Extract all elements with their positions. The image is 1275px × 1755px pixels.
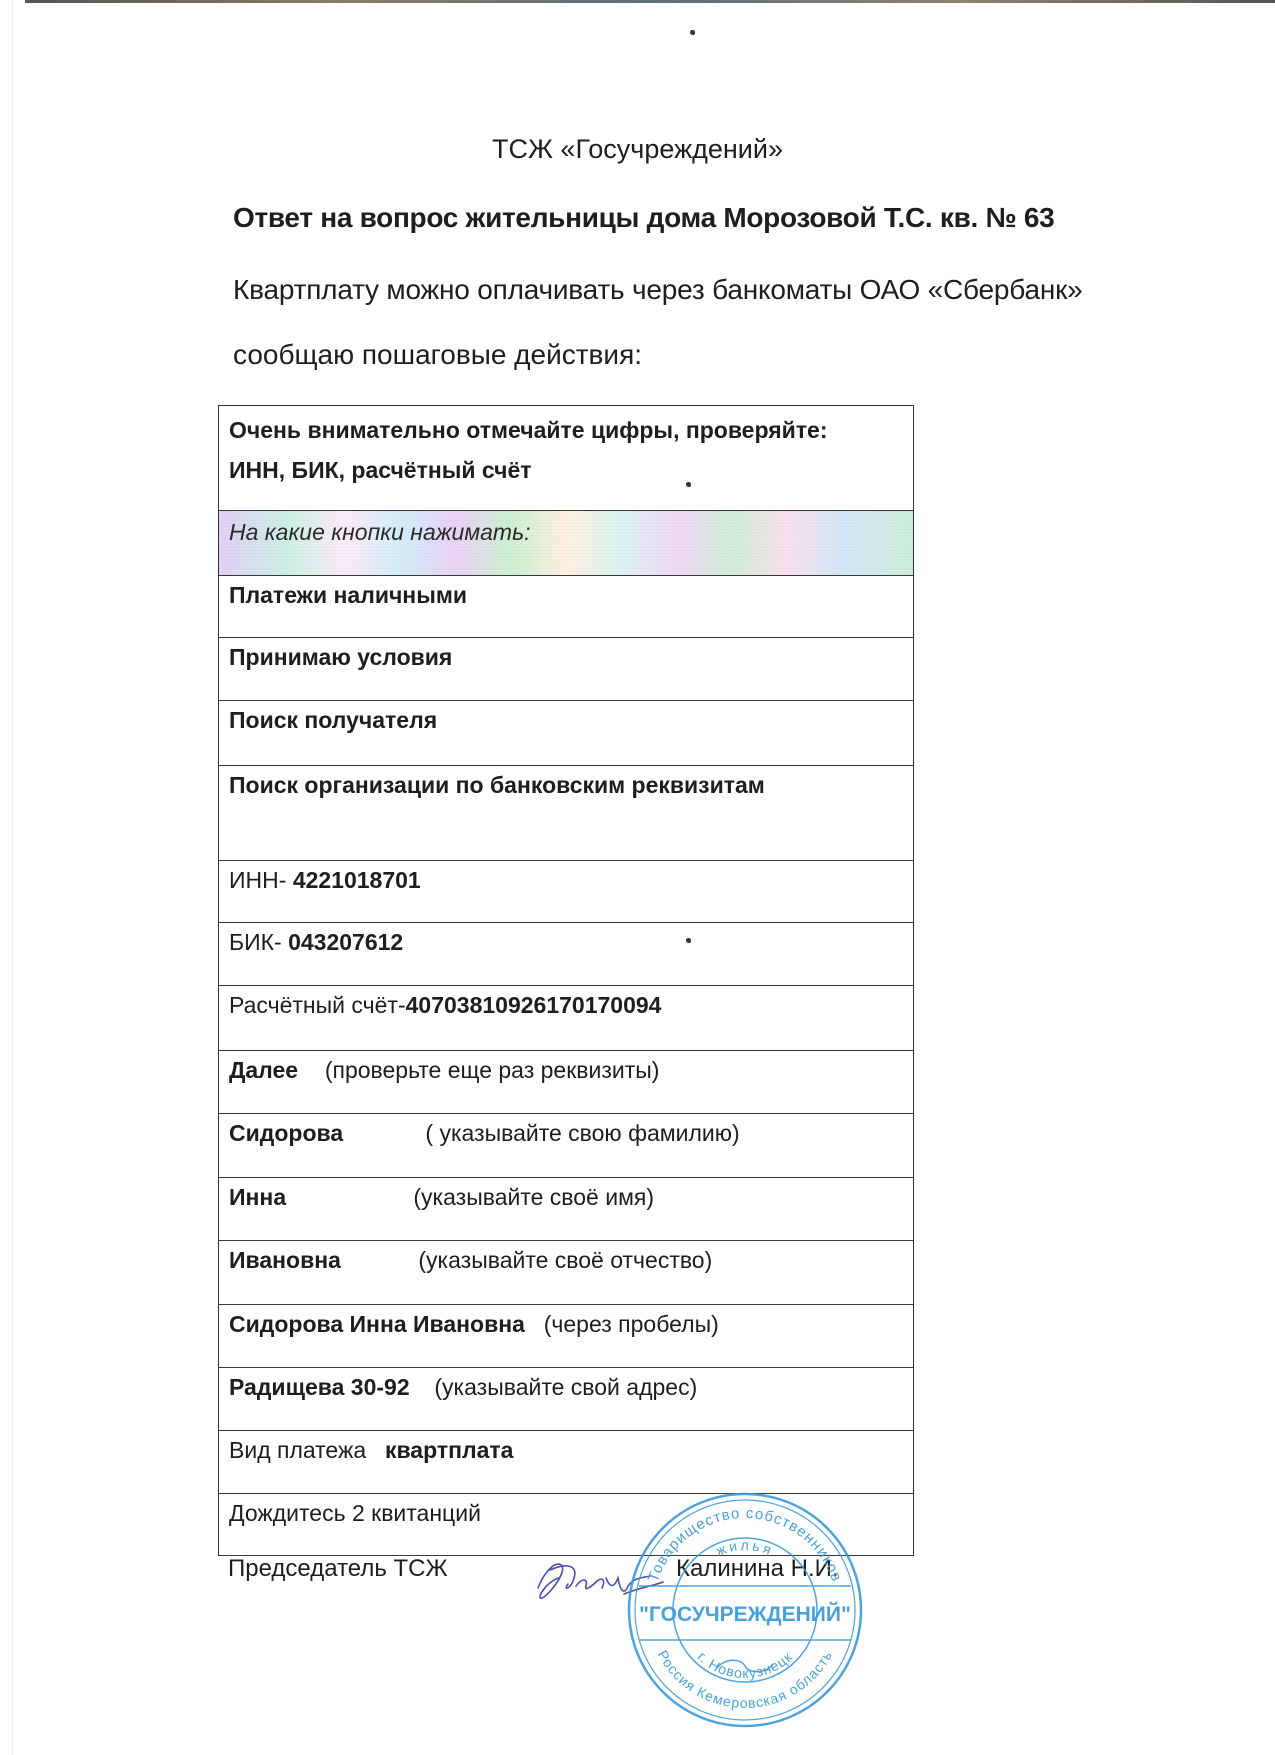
entry-value: Радищева 30-92: [229, 1374, 410, 1400]
scan-speck: [690, 30, 695, 35]
organization-title: ТСЖ «Госучреждений»: [0, 134, 1275, 165]
step-button-label: Поиск организации по банковским реквизит…: [229, 772, 765, 798]
payment-type-row: Вид платежа квартплата: [219, 1431, 913, 1494]
inn-value: 4221018701: [293, 867, 421, 893]
entry-value: Далее: [229, 1057, 298, 1083]
bik-value: 043207612: [288, 929, 403, 955]
step-button-label: Поиск получателя: [229, 707, 437, 733]
intro-line-2: сообщаю пошаговые действия:: [233, 339, 642, 371]
buttons-hint: На какие кнопки нажимать:: [229, 519, 531, 545]
payment-type-value: квартплата: [385, 1437, 514, 1463]
entry-value: Сидорова: [229, 1120, 419, 1147]
step-row: Инна (указывайте своё имя): [219, 1178, 913, 1241]
bik-row: БИК- 043207612: [219, 923, 913, 986]
payment-type-label: Вид платежа: [229, 1437, 366, 1463]
entry-note: (указывайте своё отчество): [418, 1247, 712, 1273]
svg-text:жилья: жилья: [714, 1537, 777, 1559]
inn-label: ИНН-: [229, 867, 286, 893]
entry-value: Инна: [229, 1184, 407, 1211]
entry-note: ( указывайте свою фамилию): [425, 1120, 739, 1146]
letter-subject: Ответ на вопрос жительницы дома Морозово…: [233, 202, 1054, 234]
warning-line-1: Очень внимательно отмечайте цифры, прове…: [229, 410, 903, 450]
bik-label: БИК-: [229, 929, 282, 955]
entry-note: (через пробелы): [544, 1311, 719, 1337]
step-row: Поиск получателя: [219, 701, 913, 766]
account-label: Расчётный счёт-: [229, 992, 406, 1018]
scan-edge: [25, 0, 1275, 3]
scan-edge-left: [12, 0, 13, 1755]
entry-note: (указывайте своё имя): [413, 1184, 654, 1210]
step-row: Платежи наличными: [219, 576, 913, 638]
step-row: Ивановна (указывайте своё отчество): [219, 1241, 913, 1305]
step-row: Сидорова Инна Ивановна (через пробелы): [219, 1305, 913, 1368]
seal-stamp-icon: Товарищество собственников жилья "ГОСУЧР…: [625, 1490, 865, 1730]
entry-value: Сидорова Инна Ивановна: [229, 1311, 525, 1337]
step-row: Принимаю условия: [219, 638, 913, 701]
entry-note: (указывайте свой адрес): [434, 1374, 697, 1400]
stamp-center: "ГОСУЧРЕЖДЕНИЙ": [639, 1602, 851, 1626]
stamp-inner-top: жилья: [714, 1537, 777, 1559]
step-row: Далее (проверьте еще раз реквизиты): [219, 1051, 913, 1114]
account-value: 40703810926170170094: [406, 992, 662, 1018]
warning-line-2: ИНН, БИК, расчётный счёт: [229, 450, 903, 490]
buttons-hint-row: На какие кнопки нажимать:: [219, 511, 913, 576]
entry-note: (проверьте еще раз реквизиты): [325, 1057, 660, 1083]
inn-row: ИНН- 4221018701: [219, 861, 913, 923]
intro-line-1: Квартплату можно оплачивать через банком…: [233, 274, 1083, 306]
warning-row: Очень внимательно отмечайте цифры, прове…: [219, 406, 913, 511]
chairman-position: Председатель ТСЖ: [228, 1555, 448, 1583]
step-button-label: Принимаю условия: [229, 644, 452, 670]
entry-value: Ивановна: [229, 1247, 412, 1274]
step-row: Поиск организации по банковским реквизит…: [219, 766, 913, 861]
final-instruction: Дождитесь 2 квитанций: [229, 1500, 481, 1526]
steps-table: Очень внимательно отмечайте цифры, прове…: [218, 405, 914, 1556]
step-button-label: Платежи наличными: [229, 582, 467, 608]
account-row: Расчётный счёт-40703810926170170094: [219, 986, 913, 1051]
step-row: Радищева 30-92 (указывайте свой адрес): [219, 1368, 913, 1431]
step-row: Сидорова ( указывайте свою фамилию): [219, 1114, 913, 1178]
